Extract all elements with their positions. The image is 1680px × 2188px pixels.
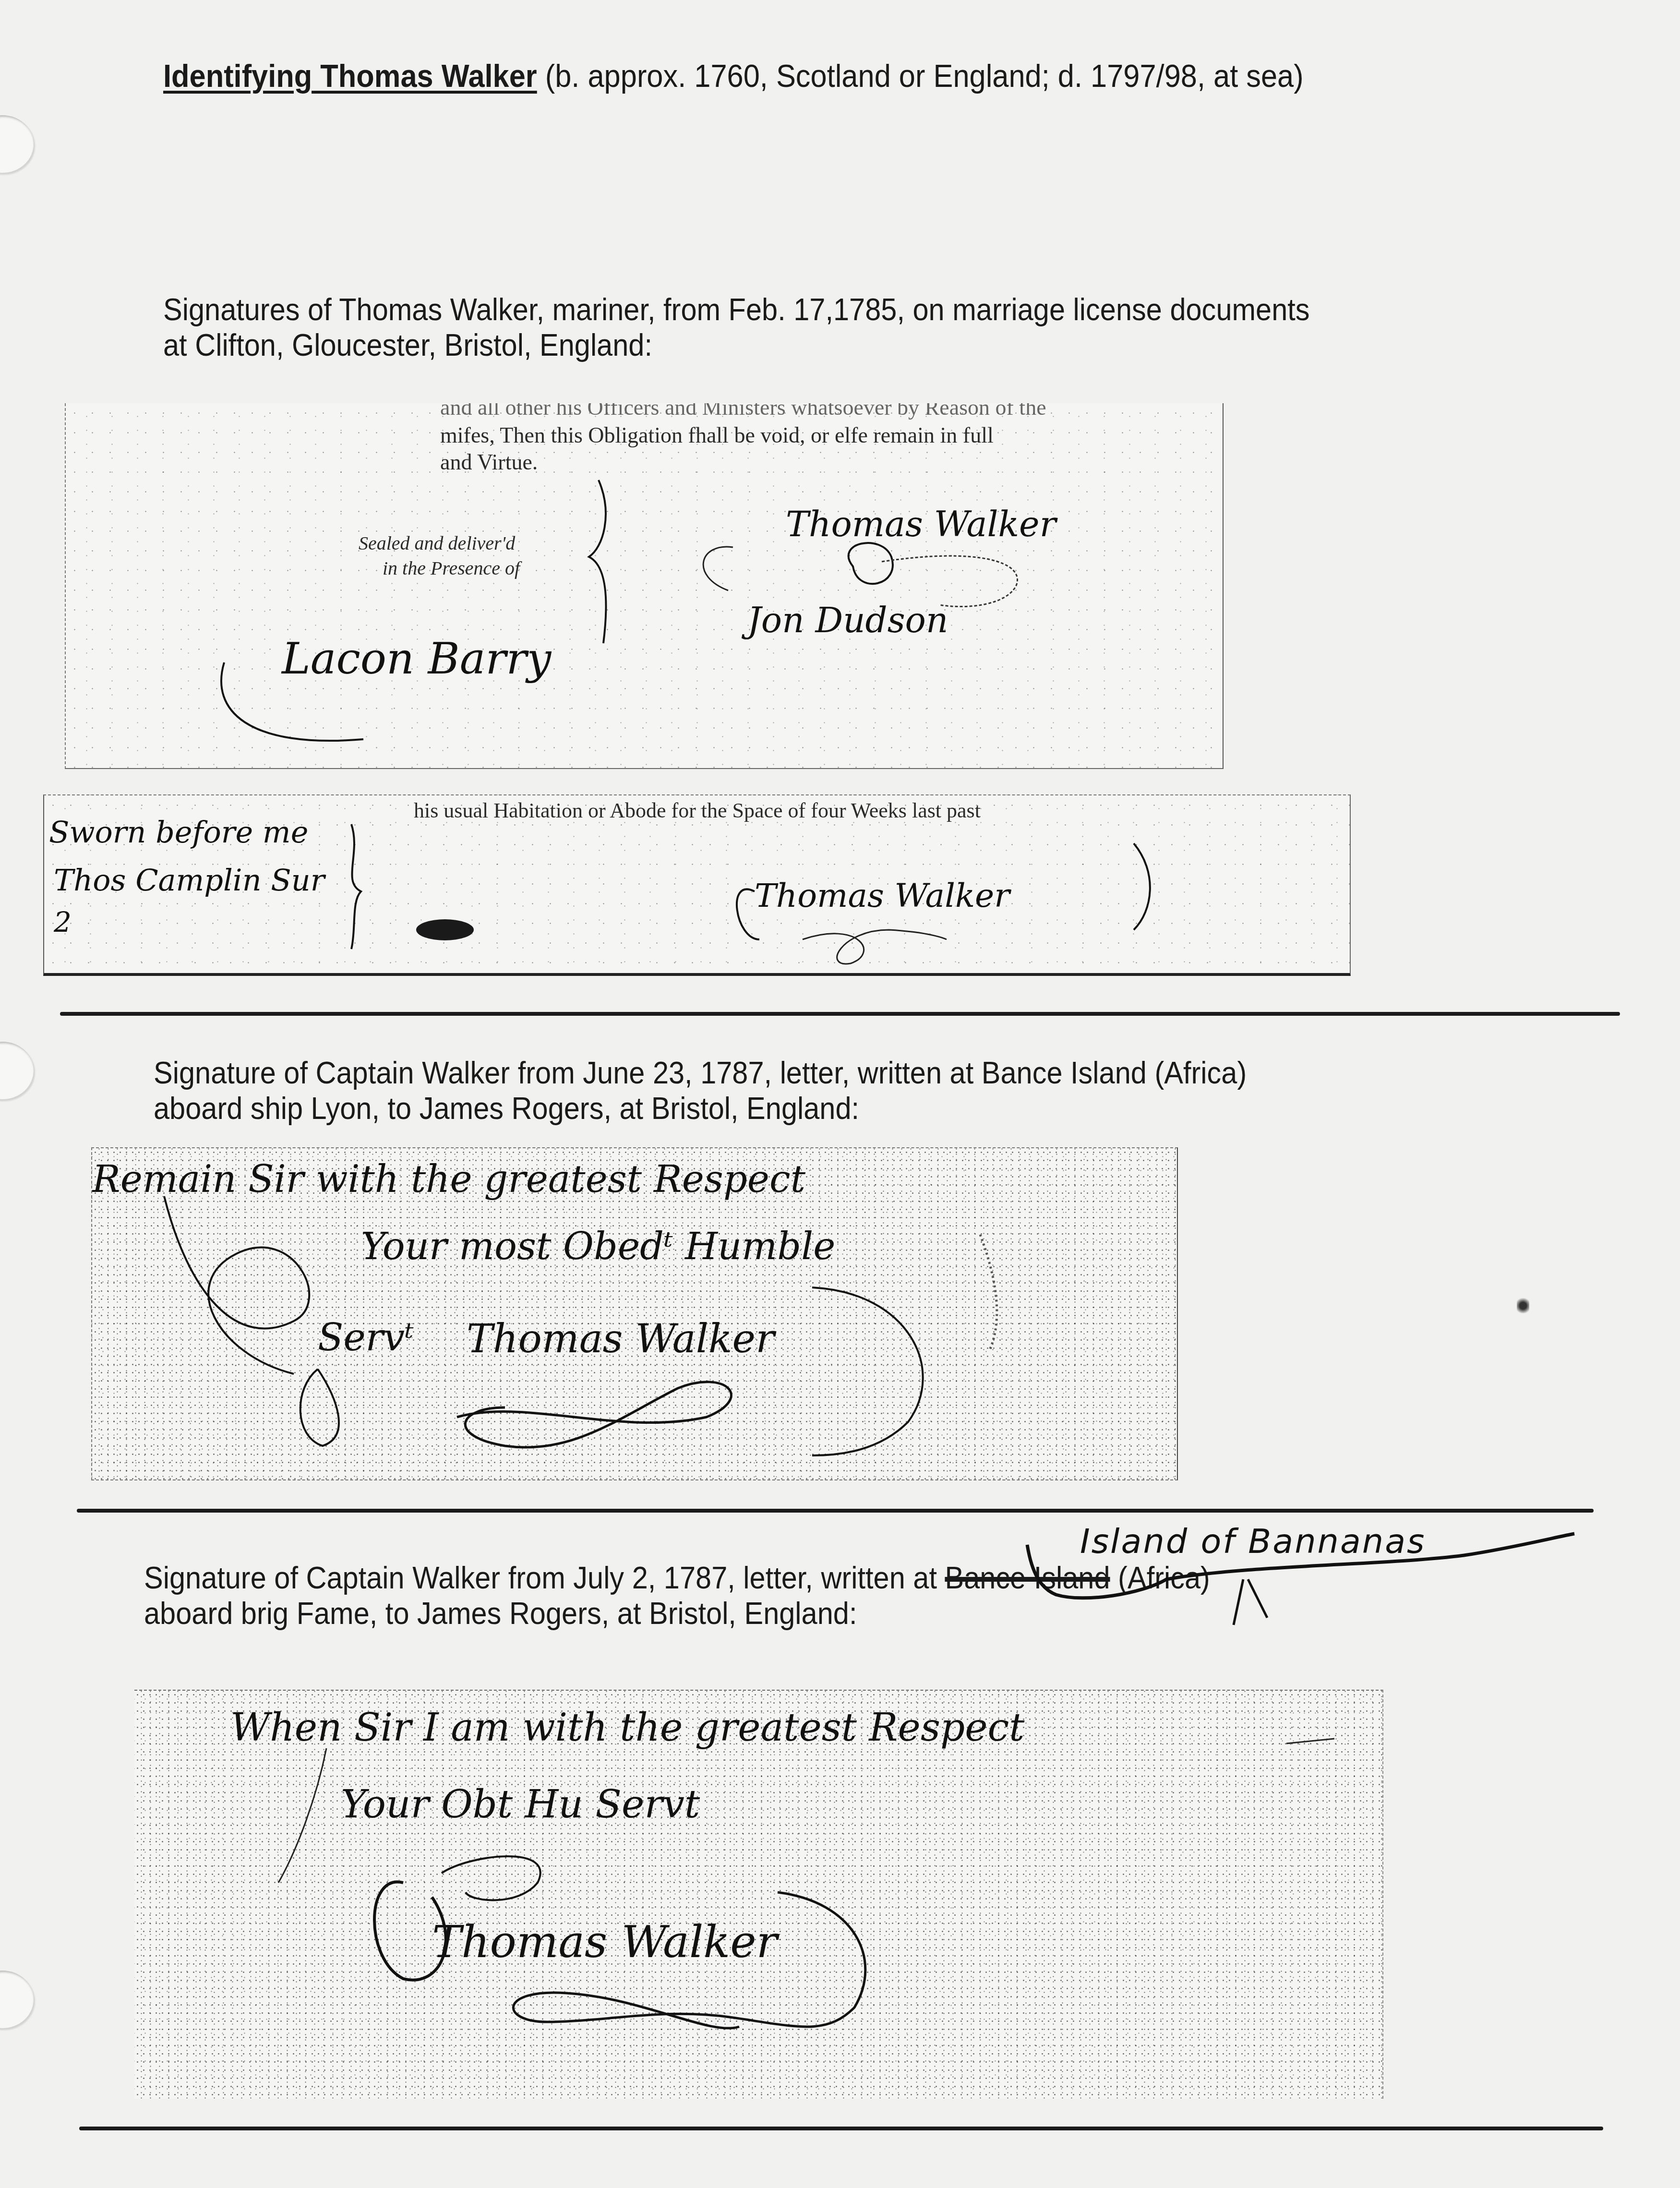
affidavit-flourishes [44, 795, 1350, 973]
scan-speck [1517, 1296, 1529, 1315]
binder-hole-top [0, 115, 34, 173]
section-1-caption-line2: at Clifton, Gloucester, Bristol, England… [163, 327, 652, 363]
section-2-caption-line1: Signature of Captain Walker from June 23… [154, 1055, 1247, 1091]
title-details: (b. approx. 1760, Scotland or England; d… [537, 58, 1304, 94]
section-3-caption-line2: aboard brig Fame, to James Rogers, at Br… [144, 1596, 857, 1631]
binder-hole-bottom [0, 1971, 34, 2028]
caption-after: (Africa) [1110, 1561, 1210, 1595]
section-divider-1 [60, 1012, 1620, 1016]
bond-flourishes [66, 403, 1223, 768]
page-title: Identifying Thomas Walker (b. approx. 17… [163, 58, 1304, 94]
struck-location: Bance Island [945, 1561, 1110, 1595]
section-divider-3 [79, 2127, 1603, 2130]
section-1-caption-line1: Signatures of Thomas Walker, mariner, fr… [163, 292, 1310, 327]
handwritten-correction: Island of Bannanas [1080, 1522, 1426, 1561]
section-3-caption-line1: Signature of Captain Walker from July 2,… [144, 1560, 1210, 1596]
lyon-letter-excerpt: Remain Sir with the greatest Respect You… [91, 1147, 1178, 1480]
affidavit-excerpt: his usual Habitation or Abode for the Sp… [43, 794, 1351, 976]
section-divider-2 [77, 1509, 1594, 1513]
caption-before: Signature of Captain Walker from July 2,… [144, 1561, 945, 1595]
title-name: Identifying Thomas Walker [163, 58, 537, 94]
marriage-bond-excerpt: and all other his Officers and Ministers… [65, 403, 1224, 769]
section-2-caption-line2: aboard ship Lyon, to James Rogers, at Br… [154, 1091, 859, 1126]
lyon-letter-flourishes [92, 1148, 1177, 1479]
fame-letter-excerpt: When Sir I am with the greatest Respect … [134, 1690, 1383, 2099]
fame-letter-flourishes [134, 1691, 1382, 2099]
binder-hole-middle [0, 1042, 34, 1099]
